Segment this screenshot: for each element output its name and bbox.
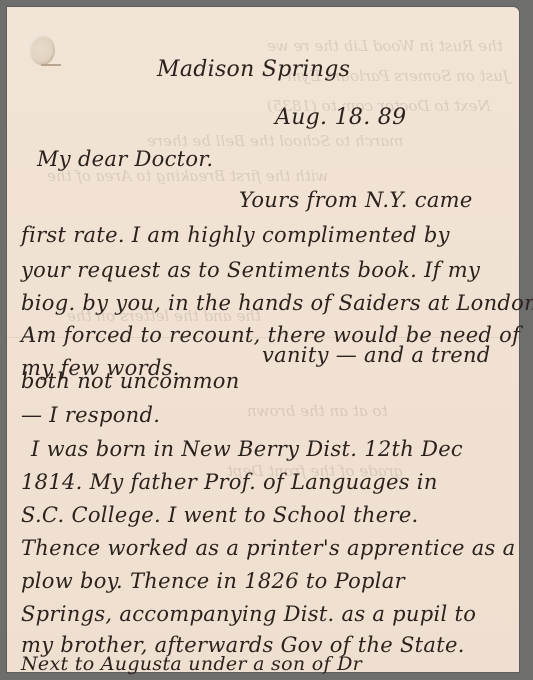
letter-line: — I respond. [21, 405, 160, 426]
letter-line: first rate. I am highly complimented by [21, 225, 450, 246]
seal-mark [41, 64, 61, 66]
letter-line: 1814. My father Prof. of Languages in [21, 472, 438, 493]
letter-line: Thence worked as a printer's apprentice … [21, 538, 515, 559]
letter-line: Next to Augusta under a son of Dr [21, 655, 362, 674]
letter-line: both not uncommon [21, 371, 240, 392]
letter-date: Aug. 18. 89 [275, 107, 406, 129]
bleed-through-text: the Rust in Wood Lib the re we [267, 37, 503, 55]
embossed-seal-icon [29, 35, 55, 65]
letter-line: I was born in New Berry Dist. 12th Dec [31, 439, 463, 460]
letter-line: Springs, accompanying Dist. as a pupil t… [21, 604, 476, 625]
letter-page: the Rust in Wood Lib the re we Just on S… [7, 7, 519, 672]
letter-line: vanity — and a trend [262, 345, 491, 366]
letter-line: biog. by you, in the hands of Saiders at… [21, 293, 533, 314]
letter-line: your request as to Sentiments book. If m… [21, 260, 480, 281]
bleed-through-text: to at an the brown [247, 402, 388, 420]
letter-salutation: My dear Doctor. [37, 149, 213, 170]
letter-line: Yours from N.Y. came [239, 190, 473, 211]
letter-line: plow boy. Thence in 1826 to Poplar [21, 571, 405, 592]
letter-place: Madison Springs [157, 59, 350, 81]
letter-line: S.C. College. I went to School there. [21, 505, 419, 526]
